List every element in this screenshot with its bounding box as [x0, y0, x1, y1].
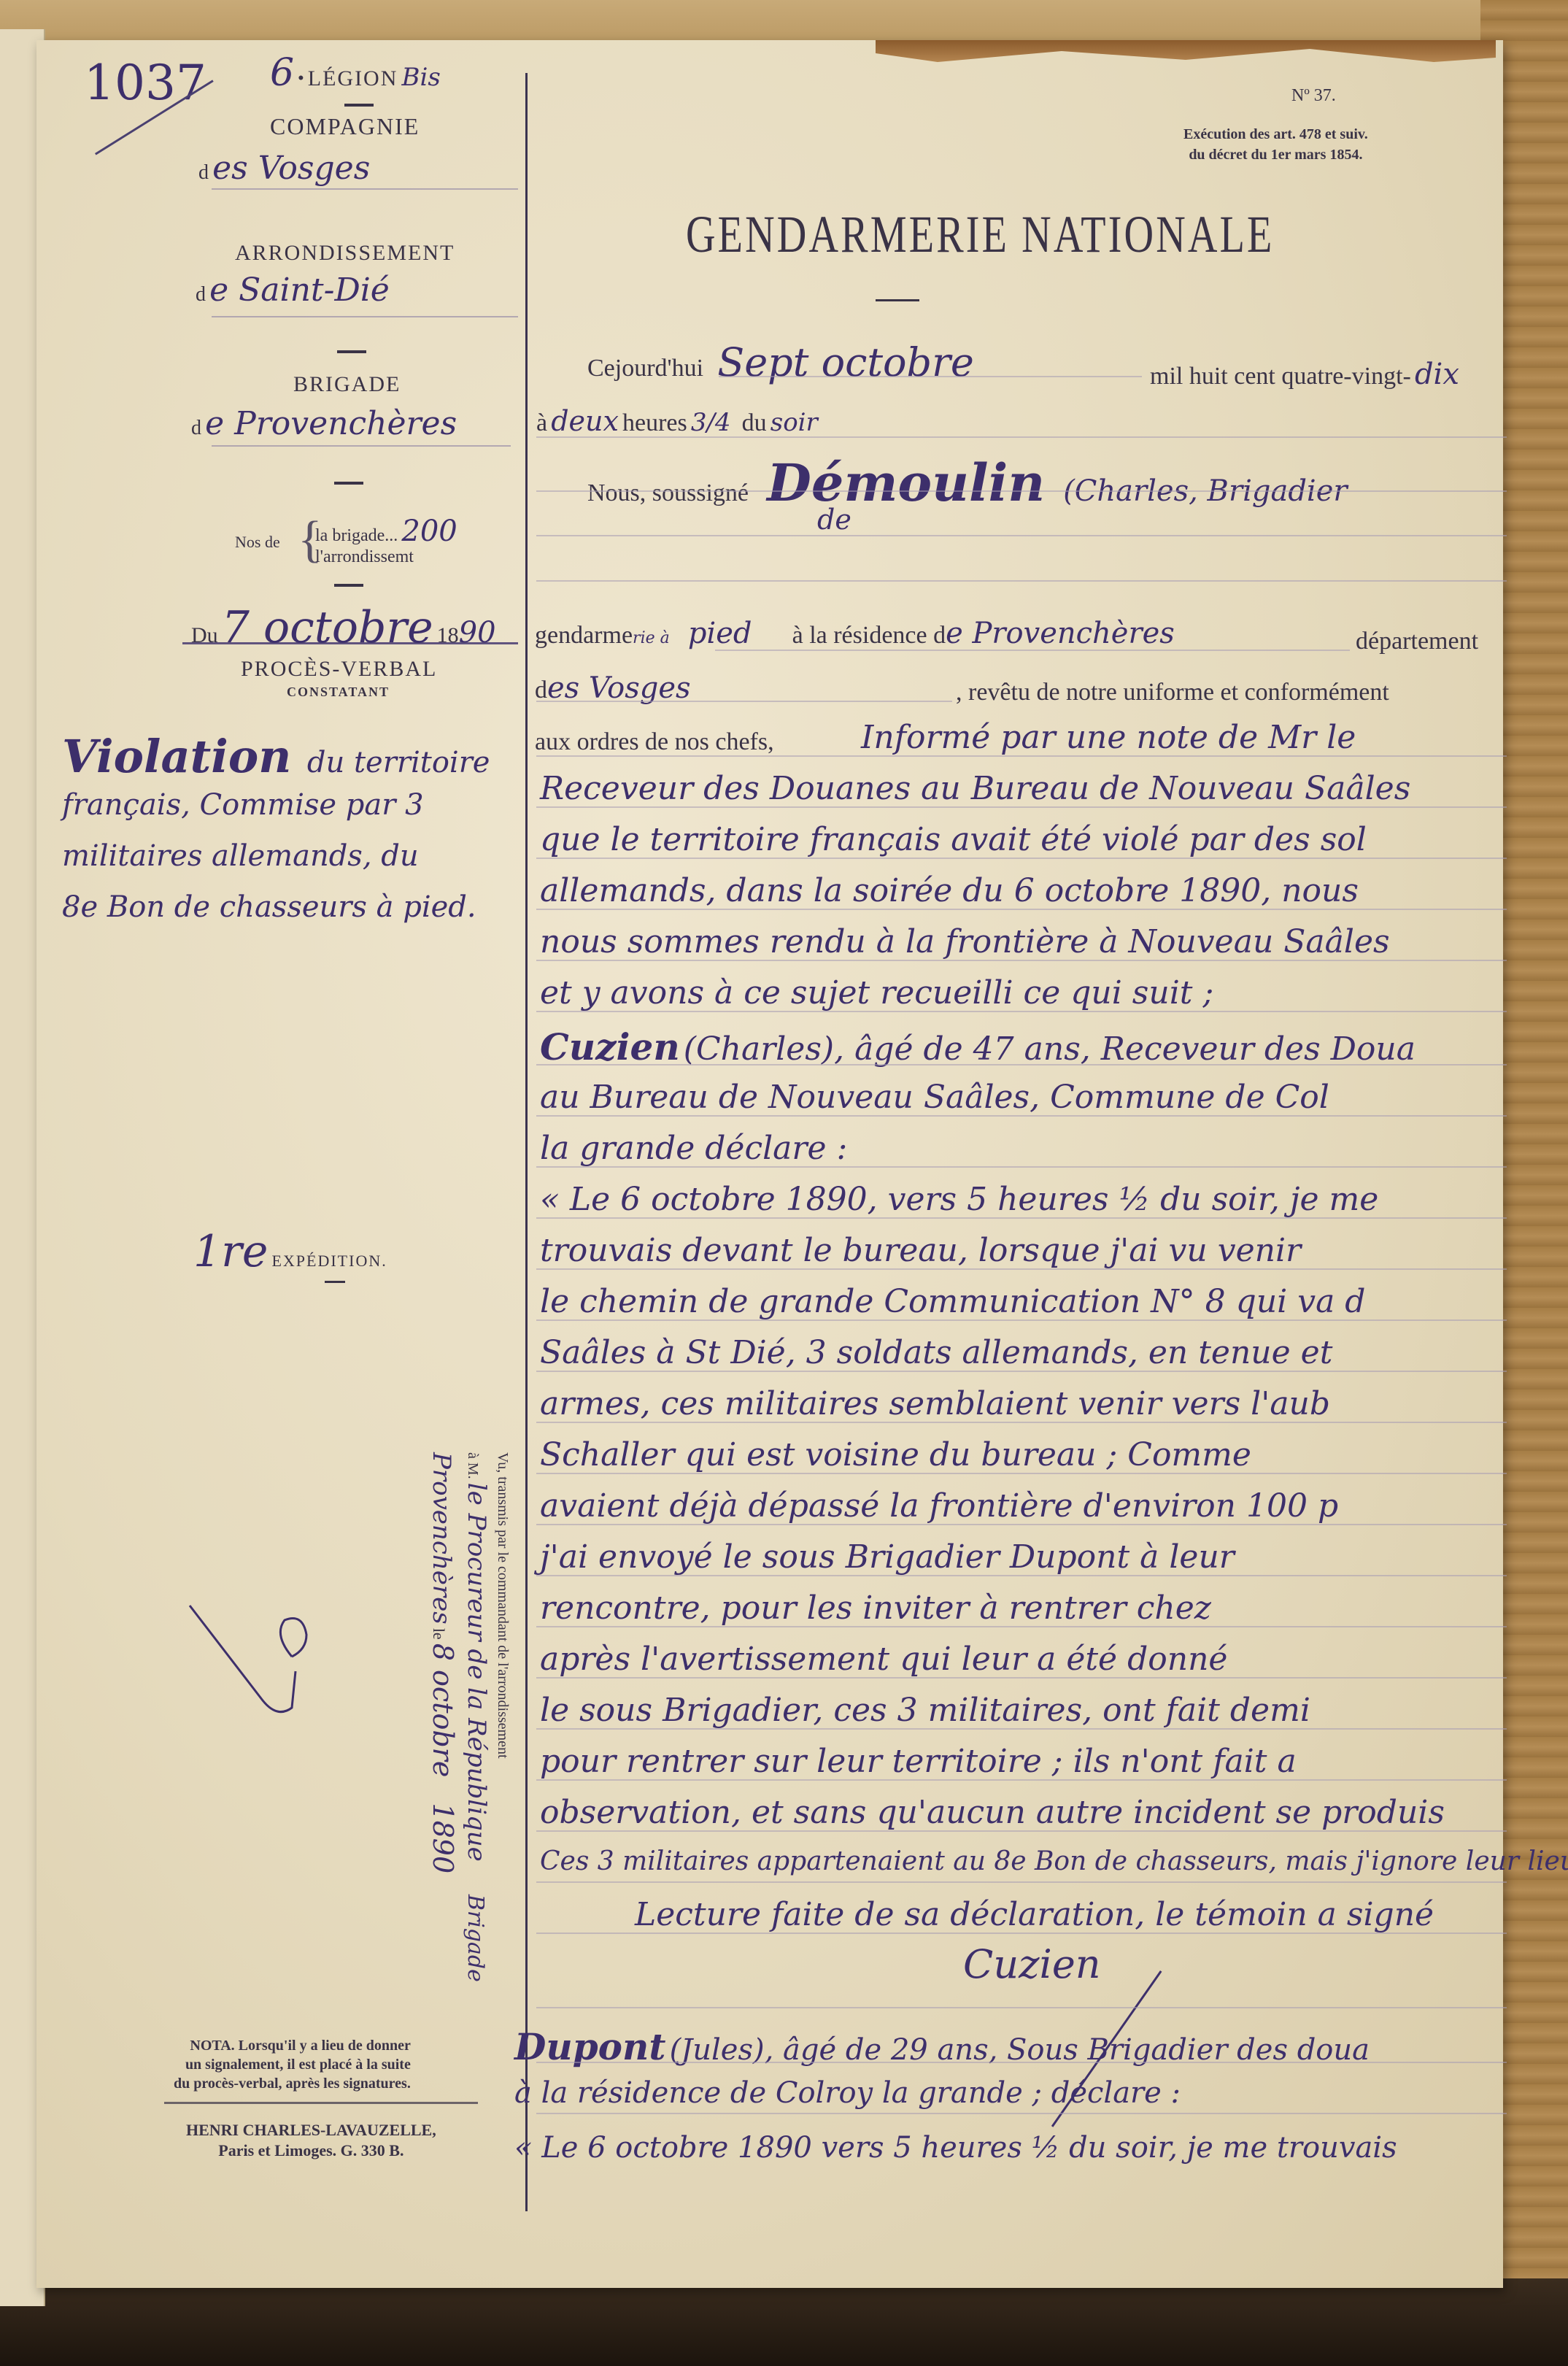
report-line: que le territoire français avait été vio… [540, 821, 1367, 858]
testimony-line: j'ai envoyé le sous Brigadier Dupont à l… [540, 1538, 1235, 1576]
report-line: allemands, dans la soirée du 6 octobre 1… [540, 872, 1359, 909]
expedition-label: EXPÉDITION. [271, 1252, 387, 1270]
testimony-line: le sous Brigadier, ces 3 militaires, ont… [540, 1692, 1310, 1729]
commander-signature [175, 1591, 321, 1752]
revetu-label: , revêtu de notre uniforme et conforméme… [956, 679, 1389, 706]
testimony-line: observation, et sans qu'aucun autre inci… [540, 1794, 1445, 1831]
legion-suffix: Bis [401, 63, 440, 92]
date-value: Sept octobre [717, 339, 974, 385]
numbers-label: Nos de [235, 533, 280, 552]
nota: NOTA. Lorsqu'il y a lieu de donner un si… [174, 2036, 411, 2093]
testimony-line: pour rentrer sur leur territoire ; ils n… [540, 1743, 1297, 1780]
transmission-brigade: Brigade [463, 1895, 488, 1982]
pv-sublabel: CONSTATANT [287, 685, 390, 700]
transmission-block: Vu, transmis par le commandant de l'arro… [427, 1452, 511, 1982]
arrondissement-number-label: l'arrondissemt [315, 547, 414, 567]
witness-1-name: Cuzien [540, 1025, 680, 1068]
reading-statement: Lecture faite de sa déclaration, le témo… [635, 1896, 1434, 1933]
witness-1-header: Cuzien (Charles), âgé de 47 ans, Receveu… [540, 1025, 1416, 1068]
report-line: Receveur des Douanes au Bureau de Nouvea… [540, 770, 1410, 807]
testimony-line: au Bureau de Nouveau Saâles, Commune de … [540, 1079, 1329, 1116]
orders-label: aux ordres de nos chefs, [535, 728, 774, 756]
testimony-line: à la résidence de Colroy la grande ; déc… [514, 2076, 1181, 2110]
subject-line-3: militaires allemands, du [62, 839, 419, 873]
separator-dash [334, 482, 363, 485]
departement-label: département [1356, 628, 1478, 655]
hour-value: deux [551, 405, 619, 437]
report-date: Du 7 octobre 1890 [191, 602, 496, 653]
testimony-line: « Le 6 octobre 1890 vers 5 heures ½ du s… [514, 2131, 1397, 2165]
brigade-field: d e Provenchères [191, 405, 457, 442]
report-date-value: 7 octobre [222, 602, 433, 653]
expedition-number: 1re [193, 1226, 268, 1277]
transmission-date: 8 octobre [427, 1644, 459, 1778]
testimony-line: Saâles à St Dié, 3 soldats allemands, en… [540, 1334, 1332, 1371]
year-line: mil huit cent quatre-vingt- dix [1150, 358, 1459, 391]
torn-paper-edge [876, 40, 1496, 62]
shadow-bottom [0, 2278, 1568, 2366]
arrondissement-value: e Saint-Dié [209, 271, 390, 309]
pv-label: PROCÈS-VERBAL [241, 657, 437, 682]
gendarme-line: gendarmerie à pied à la résidence de Pro… [535, 617, 1175, 650]
column-divider [525, 73, 528, 2211]
residence-value: e Provenchères [946, 617, 1175, 650]
compagnie-field: d es Vosges [198, 150, 370, 187]
compagnie-value: es Vosges [212, 150, 370, 187]
arrondissement-field: d e Saint-Dié [196, 271, 390, 309]
compagnie-label: COMPAGNIE [270, 113, 420, 140]
report-line: nous sommes rendu à la frontière à Nouve… [540, 923, 1390, 960]
year-value: dix [1415, 358, 1459, 391]
testimony-line: rencontre, pour les inviter à rentrer ch… [540, 1589, 1211, 1627]
period-value: soir [771, 408, 818, 437]
officer-name: Démoulin [767, 452, 1045, 513]
officer-line: Nous, soussigné Démoulin (Charles, Briga… [587, 452, 1348, 513]
date-line: Cejourd'hui Sept octobre [587, 339, 974, 385]
document-title: GENDARMERIE NATIONALE [686, 204, 1274, 265]
expedition: 1re EXPÉDITION. [193, 1226, 387, 1277]
printer-imprint: HENRI CHARLES-LAVAUZELLE, Paris et Limog… [186, 2120, 436, 2161]
report-line: et y avons à ce sujet recueilli ce qui s… [540, 974, 1213, 1011]
archive-number: 1037 [84, 55, 206, 111]
separator-dash [344, 104, 374, 107]
gendarme-value: pied [688, 617, 752, 650]
separator-dash [337, 350, 366, 353]
legion-header: 6 ● LÉGION Bis [270, 51, 441, 95]
testimony-line: le chemin de grande Communication N° 8 q… [540, 1283, 1365, 1320]
separator-dash [876, 299, 919, 301]
legal-reference: Exécution des art. 478 et suiv. du décre… [1183, 124, 1368, 165]
transmission-year: 1890 [427, 1803, 459, 1873]
testimony-line: avaient déjà dépassé la frontière d'envi… [540, 1487, 1338, 1525]
subject-line-1: Violation du territoire [62, 730, 490, 783]
separator-dash [334, 584, 363, 587]
testimony-line: la grande déclare : [540, 1130, 847, 1167]
testimony-line: trouvais devant le bureau, lorsque j'ai … [540, 1232, 1301, 1269]
testimony-line: Ces 3 militaires appartenaient au 8e Bon… [540, 1846, 1568, 1876]
separator-dash [325, 1281, 345, 1283]
transmission-recipient: le Procureur de la République [462, 1483, 491, 1862]
testimony-line: après l'avertissement qui leur a été don… [540, 1641, 1227, 1678]
time-line: à deux heures 3/4 du soir [536, 405, 818, 437]
witness-1-signature: Cuzien [963, 1941, 1101, 1987]
arrondissement-label: ARRONDISSEMENT [235, 241, 455, 266]
testimony-line: armes, ces militaires semblaient venir v… [540, 1385, 1330, 1422]
testimony-line: Schaller qui est voisine du bureau ; Com… [540, 1436, 1251, 1473]
form-number: Nº 37. [1291, 86, 1336, 106]
subject-line-2: français, Commise par 3 [62, 788, 424, 822]
legion-number: 6 [270, 51, 294, 95]
brigade-value: e Provenchères [205, 405, 457, 442]
fraction-value: 3/4 [691, 408, 731, 437]
brigade-label: BRIGADE [293, 372, 401, 397]
brigade-number-field: la brigade... 200 [315, 515, 457, 548]
legion-label: LÉGION [308, 66, 398, 90]
officer-de: de [817, 504, 851, 536]
transmission-printed: Vu, transmis par le commandant de l'arro… [494, 1452, 511, 1982]
brigade-number-value: 200 [401, 515, 457, 548]
report-line: Informé par une note de Mr le [861, 719, 1356, 756]
testimony-line: « Le 6 octobre 1890, vers 5 heures ½ du … [540, 1181, 1378, 1218]
transmission-place: Provenchères [427, 1452, 456, 1625]
subject-line-4: 8e Bon de chasseurs à pied. [62, 890, 476, 924]
